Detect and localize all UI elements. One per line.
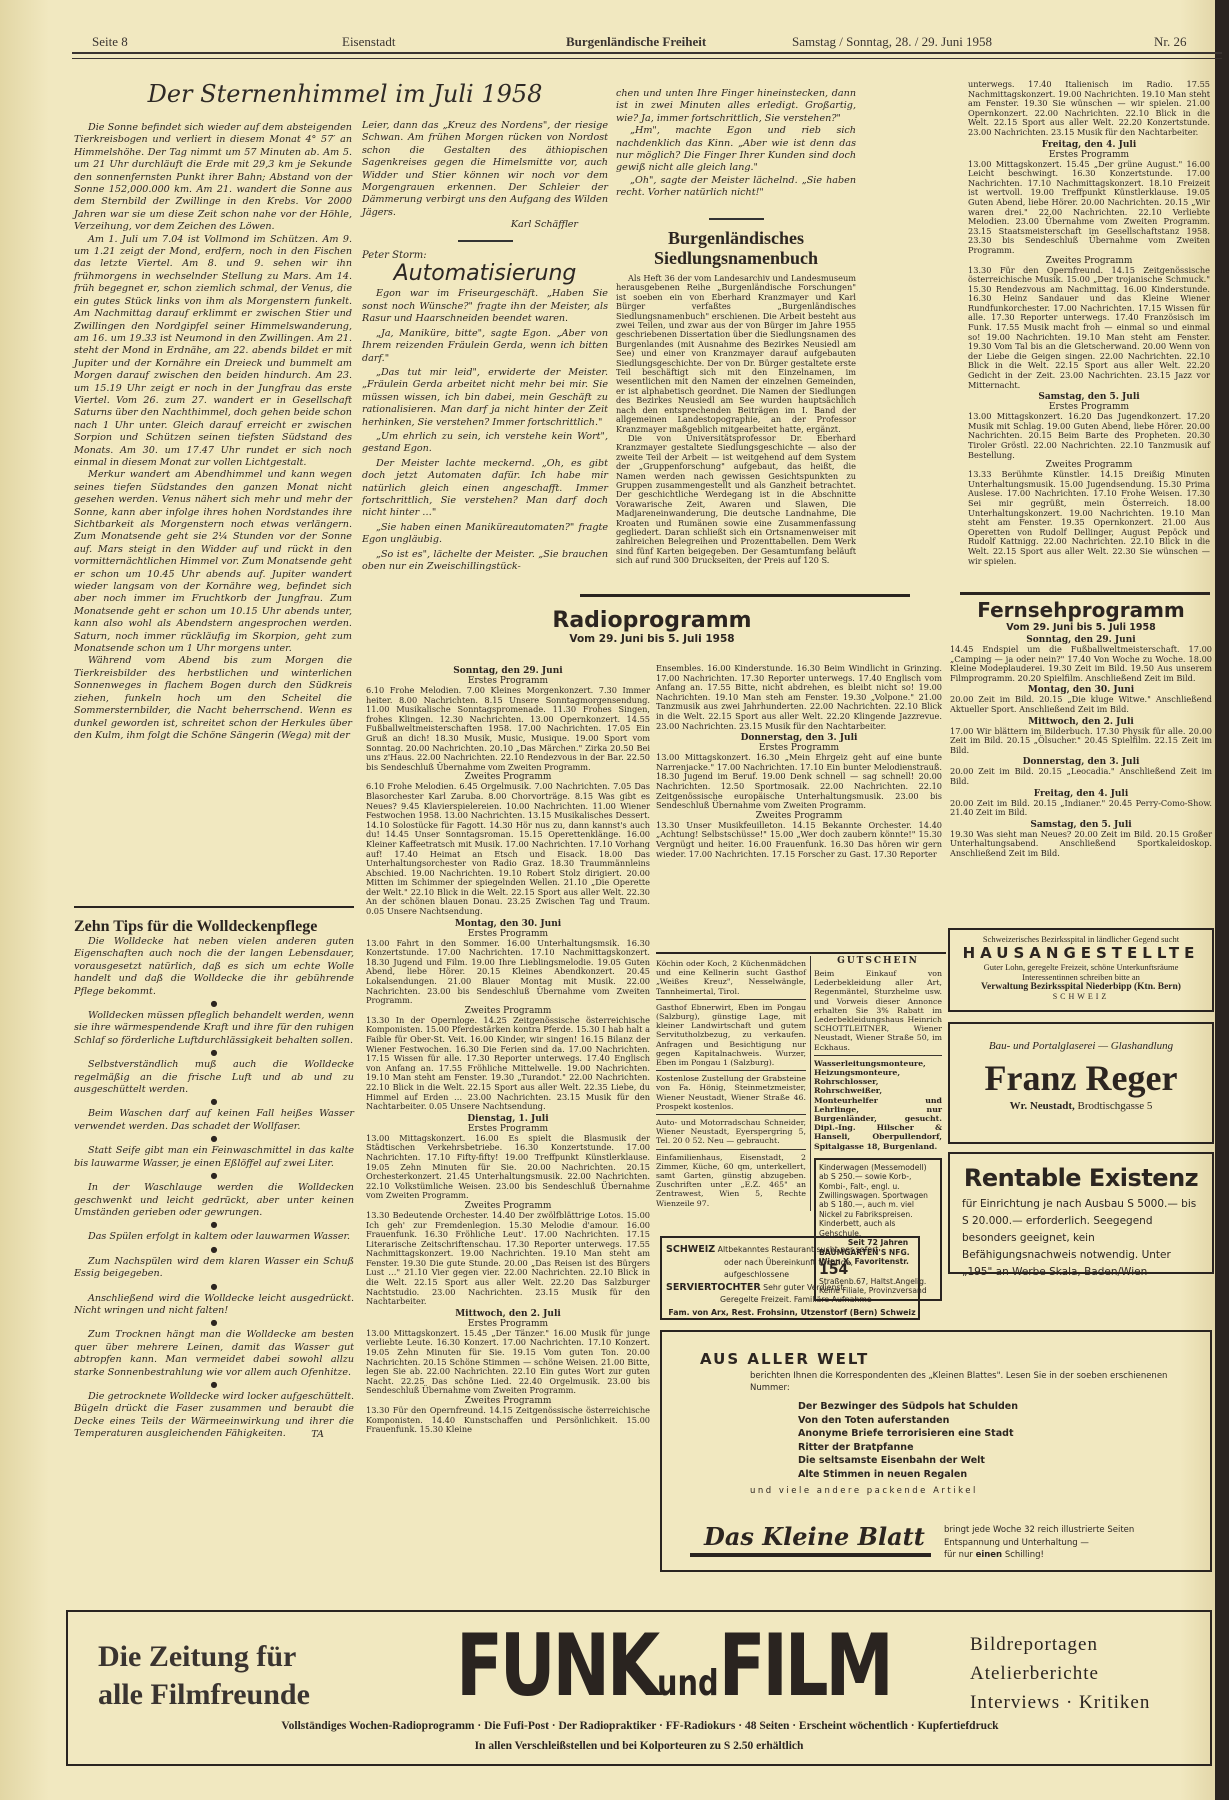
tv-schedule: 19.30 Was sieht man Neues? 20.00 Zeit im…: [950, 830, 1212, 859]
radio-day-heading: Mittwoch, den 2. Juli: [366, 1309, 650, 1319]
separator-bullet: ●: [74, 1281, 354, 1293]
page-binding-edge: [1215, 0, 1229, 1800]
separator-bullet: ●: [74, 1133, 354, 1145]
radio-schedule: 13.00 Mittagskonzert. 16.30 „Mein Ehrgei…: [656, 753, 942, 811]
radio-day-heading: Montag, den 30. Juni: [366, 919, 650, 929]
headline-item: Ritter der Bratpfanne: [798, 1441, 1210, 1455]
radio-program-column-1: Sonntag, den 29. JuniErstes Programm6.10…: [366, 664, 650, 1435]
radio-program-dates: Vom 29. Juni bis 5. Juli 1958: [362, 633, 942, 645]
separator-bullet: ●: [74, 1379, 354, 1391]
separator-bullet: ●: [74, 998, 354, 1010]
classified-ad: Köchin oder Koch, 2 Küchenmädchen und ei…: [656, 956, 806, 999]
kleines-blatt-headlines: Der Bezwinger des Südpols hat SchuldenVo…: [798, 1400, 1210, 1482]
tip: Statt Seife gibt man ein Feinwaschmittel…: [74, 1145, 354, 1170]
article-sternenhimmel-col2: Leier, dann das „Kreuz des Nordens", der…: [362, 120, 608, 575]
tv-schedule: 20.00 Zeit im Bild. 20.15 „Indianer." 20…: [950, 799, 1212, 818]
divider: [74, 906, 354, 908]
radio-schedule: 13.30 In der Opernloge. 14.25 Zeitgenöss…: [366, 1016, 650, 1112]
article-title-sternenhimmel: Der Sternenhimmel im Juli 1958: [105, 80, 585, 108]
tv-schedule: 20.00 Zeit im Bild. 20.15 „Leocadia." An…: [950, 767, 1212, 786]
kleines-blatt-logo: Das Kleine Blatt: [690, 1522, 931, 1557]
automatisierung-body: Egon war im Friseurgeschäft. „Haben Sie …: [362, 288, 608, 573]
tip: Wolldecken müssen pfleglich behandelt we…: [74, 1010, 354, 1047]
kleines-blatt-tagline: bringt jede Woche 32 reich illustrierte …: [944, 1524, 1134, 1562]
tip: Anschließend wird die Wolldecke leicht a…: [74, 1293, 354, 1318]
article-sternenhimmel-col1: Die Sonne befindet sich wieder auf dem a…: [74, 122, 352, 742]
paragraph: Als Heft 36 der vom Landesarchiv und Lan…: [616, 274, 856, 434]
signature: Karl Schäffler: [362, 219, 608, 231]
classified-ad: Gasthof Ebnerwirt, Eben im Pongau (Salzb…: [656, 999, 806, 1070]
ad-serviertochter: SCHWEIZ Altbekanntes Restaurant sucht pe…: [660, 1236, 920, 1320]
issue-number: Nr. 26: [1154, 34, 1187, 50]
radio-day-heading: Dienstag, 1. Juli: [366, 1114, 650, 1124]
radio-program-column-2: Ensembles. 16.00 Kinderstunde. 16.30 Bei…: [656, 664, 942, 859]
paragraph: Am 1. Juli um 7.04 ist Vollmond im Schüt…: [74, 234, 352, 470]
paragraph: „So ist es", lächelte der Meister. „Sie …: [362, 549, 608, 574]
paragraph: „Das tut mir leid", erwiderte der Meiste…: [362, 367, 608, 429]
divider: [709, 218, 764, 220]
tv-program-dates: Vom 29. Juni bis 5. Juli 1958: [950, 622, 1212, 633]
siedlung-body: Als Heft 36 der vom Landesarchiv und Lan…: [616, 274, 856, 566]
funkfilm-price: In allen Verschleißstellen und bei Kolpo…: [68, 1740, 1210, 1752]
paragraph: Die von Universitätsprofessor Dr. Eberha…: [616, 434, 856, 566]
paragraph: Der Meister lachte meckernd. „Oh, es gib…: [362, 458, 608, 520]
radio-program-heading: Zweites Programm: [968, 256, 1210, 266]
article-wolldecke: Zehn Tips für die Wolldeckenpflege Die W…: [74, 918, 354, 1441]
radio-day-heading: Sonntag, den 29. Juni: [366, 666, 650, 676]
radio-schedule: 13.30 Bedeutende Orchester. 14.40 Der zw…: [366, 1211, 650, 1307]
separator-bullet: ●: [74, 1096, 354, 1108]
funkfilm-left: Die Zeitung für alle Filmfreunde: [98, 1638, 310, 1714]
ad-hausangestellte: Schweizerisches Bezirksspital in ländlic…: [948, 928, 1214, 1012]
radio-schedule: 13.30 Unser Musikfeuilleton. 14.15 Bekan…: [656, 821, 942, 859]
radio-schedule: 13.00 Fahrt in den Sommer. 16.00 Unterha…: [366, 939, 650, 1006]
tv-days: Sonntag, den 29. Juni14.45 Endspiel um d…: [950, 635, 1212, 859]
paragraph: Während vom Abend bis zum Morgen die Tie…: [74, 655, 352, 742]
headline-item: Die seltsamste Eisenbahn der Welt: [798, 1454, 1210, 1468]
paragraph: „Um ehrlich zu sein, ich verstehe kein W…: [362, 431, 608, 456]
divider: [458, 240, 513, 242]
feature-line: Bildreportagen: [970, 1630, 1150, 1659]
ad-kleines-blatt: AUS ALLER WELT berichten Ihnen die Korre…: [660, 1330, 1212, 1572]
page-header: Seite 8 Eisenstadt Burgenländische Freih…: [64, 30, 1214, 52]
radio-schedule: 6.10 Frohe Melodien. 6.45 Orgelmusik. 7.…: [366, 782, 650, 916]
tv-schedule: 14.45 Endspiel um die Fußballweltmeister…: [950, 645, 1212, 683]
radio-schedule: Ensembles. 16.00 Kinderstunde. 16.30 Bei…: [656, 664, 942, 731]
radio-schedule: 13.00 Mittagskonzert. 15.45 „Der grüne A…: [968, 160, 1210, 256]
classifieds-left: Köchin oder Koch, 2 Küchenmädchen und ei…: [656, 956, 811, 1211]
radio-day-heading: Freitag, den 4. Juli: [968, 140, 1210, 150]
radio-program-continued: unterwegs. 17.40 Italienisch im Radio. 1…: [968, 80, 1210, 566]
gutschein-title: GUTSCHEIN: [814, 956, 942, 966]
radio-schedule: 6.10 Frohe Melodien. 7.00 Kleines Morgen…: [366, 686, 650, 772]
header-rule: [72, 52, 1222, 59]
article-title-automatisierung: Automatisierung: [362, 268, 608, 280]
tip: Zum Nachspülen wird dem klaren Wasser ei…: [74, 1256, 354, 1281]
paragraph: „Sie haben einen Maniküreautomaten?" fra…: [362, 522, 608, 547]
tip: Die Wolldecke hat neben vielen anderen g…: [74, 936, 354, 998]
radio-schedule: unterwegs. 17.40 Italienisch im Radio. 1…: [968, 80, 1210, 138]
article-title-wolldecke: Zehn Tips für die Wolldeckenpflege: [74, 918, 354, 936]
radio-schedule: 13.00 Mittagskonzert. 16.20 Das Jugendko…: [968, 412, 1210, 460]
paragraph: chen und unten Ihre Finger hineinstecken…: [616, 88, 856, 125]
divider: [960, 592, 1210, 595]
classified-ad: Einfamilienhaus, Eisenstadt, 2 Zimmer, K…: [656, 1149, 806, 1211]
tip: Zum Trocknen hängt man die Wolldecke am …: [74, 1329, 354, 1379]
page-number: Seite 8: [92, 34, 128, 50]
headline-item: Anonyme Briefe terrorisieren eine Stadt: [798, 1427, 1210, 1441]
ad-rentable-existenz: Rentable Existenz für Einrichtung je nac…: [948, 1152, 1214, 1274]
headline-item: Von den Toten auferstanden: [798, 1414, 1210, 1428]
separator-bullet: ●: [74, 1317, 354, 1329]
radio-schedule: 13.33 Berühmte Künstler. 14.15 Dreißig M…: [968, 470, 1210, 566]
classified-ad: Kostenlose Zustellung der Grabsteine von…: [656, 1070, 806, 1114]
tip: In der Waschlauge werden die Wolldecken …: [74, 1182, 354, 1219]
tv-schedule: 20.00 Zeit im Bild. 20.15 „Die kluge Wit…: [950, 695, 1212, 714]
tip: Beim Waschen darf auf keinen Fall heißes…: [74, 1108, 354, 1133]
tip: Das Spülen erfolgt in kaltem oder lauwar…: [74, 1231, 354, 1243]
separator-bullet: ●: [74, 1170, 354, 1182]
tv-schedule: 17.00 Wir blättern im Bilderbuch. 17.30 …: [950, 727, 1212, 756]
separator-bullet: ●: [74, 1244, 354, 1256]
paragraph: Merkur wandert am Abendhimmel und kann w…: [74, 469, 352, 655]
radio-schedule: 13.00 Mittagskonzert. 16.00 Es spielt di…: [366, 1134, 650, 1201]
wolldecke-tips: Die Wolldecke hat neben vielen anderen g…: [74, 936, 354, 1441]
paragraph: „Hm", machte Egon und rieb sich nachdenk…: [616, 125, 856, 175]
paragraph: „Ja, Maniküre, bitte", sagte Egon. „Aber…: [362, 328, 608, 365]
headline-item: Alte Stimmen in neuen Regalen: [798, 1468, 1210, 1482]
funkfilm-features: Vollständiges Wochen-Radioprogramm · Die…: [80, 1720, 1200, 1732]
issue-date: Samstag / Sonntag, 28. / 29. Juni 1958: [792, 34, 992, 50]
classified-ad: Auto- und Motorradschau Schneider, Wiene…: [656, 1114, 806, 1149]
ad-wasserleitung: Wasserleitungsmonteure, Heizungsmonteure…: [814, 1056, 942, 1154]
paragraph: „Oh", sagte der Meister lächelnd. „Sie h…: [616, 175, 856, 200]
paragraph: Egon war im Friseurgeschäft. „Haben Sie …: [362, 288, 608, 325]
tv-program-title: Fernsehprogramm: [950, 598, 1212, 622]
ad-funk-und-film: Die Zeitung für alle Filmfreunde FUNKund…: [66, 1610, 1212, 1766]
feature-line: Atelierberichte: [970, 1659, 1150, 1688]
separator-bullet: ●: [74, 1219, 354, 1231]
radio-day-heading: Donnerstag, den 3. Juli: [656, 733, 942, 743]
paper-name: Burgenländische Freiheit: [566, 34, 706, 50]
radio-program-header: Radioprogramm Vom 29. Juni bis 5. Juli 1…: [362, 608, 942, 645]
ad-gutschein: Beim Einkauf von Lederbekleidung aller A…: [814, 966, 942, 1055]
article-siedlungsnamenbuch: Burgenländisches Siedlungsnamenbuch Als …: [616, 210, 856, 566]
automatisierung-continued: chen und unten Ihre Finger hineinstecken…: [616, 88, 856, 200]
divider: [580, 594, 910, 597]
tv-program: Fernsehprogramm Vom 29. Juni bis 5. Juli…: [950, 598, 1212, 859]
funkfilm-right: BildreportagenAtelierberichteInterviews …: [970, 1630, 1150, 1717]
ad-franz-reger: Bau- und Portalglaserei — Glashandlung F…: [948, 1022, 1214, 1144]
radio-program-title: Radioprogramm: [362, 608, 942, 633]
funkfilm-brand: FUNKundFILM: [456, 1616, 891, 1734]
divider: [656, 952, 946, 954]
radio-day-heading: Samstag, den 5. Juli: [968, 392, 1210, 402]
feature-line: Interviews · Kritiken: [970, 1688, 1150, 1717]
article-title-siedlung: Burgenländisches Siedlungsnamenbuch: [616, 228, 856, 268]
paragraph: Die Sonne befindet sich wieder auf dem a…: [74, 122, 352, 234]
city: Eisenstadt: [342, 34, 395, 50]
tip: Selbstverständlich muß auch die Wolldeck…: [74, 1059, 354, 1096]
sternenhimmel-ending: Leier, dann das „Kreuz des Nordens", der…: [362, 120, 608, 219]
radio-schedule: 13.30 Für den Opernfreund. 14.15 Zeitgen…: [366, 1406, 650, 1435]
headline-item: Der Bezwinger des Südpols hat Schulden: [798, 1400, 1210, 1414]
separator-bullet: ●: [74, 1047, 354, 1059]
radio-schedule: 13.00 Mittagskonzert. 15.45 „Der Tänzer.…: [366, 1329, 650, 1396]
radio-schedule: 13.30 Für den Opernfreund. 14.15 Zeitgen…: [968, 266, 1210, 391]
